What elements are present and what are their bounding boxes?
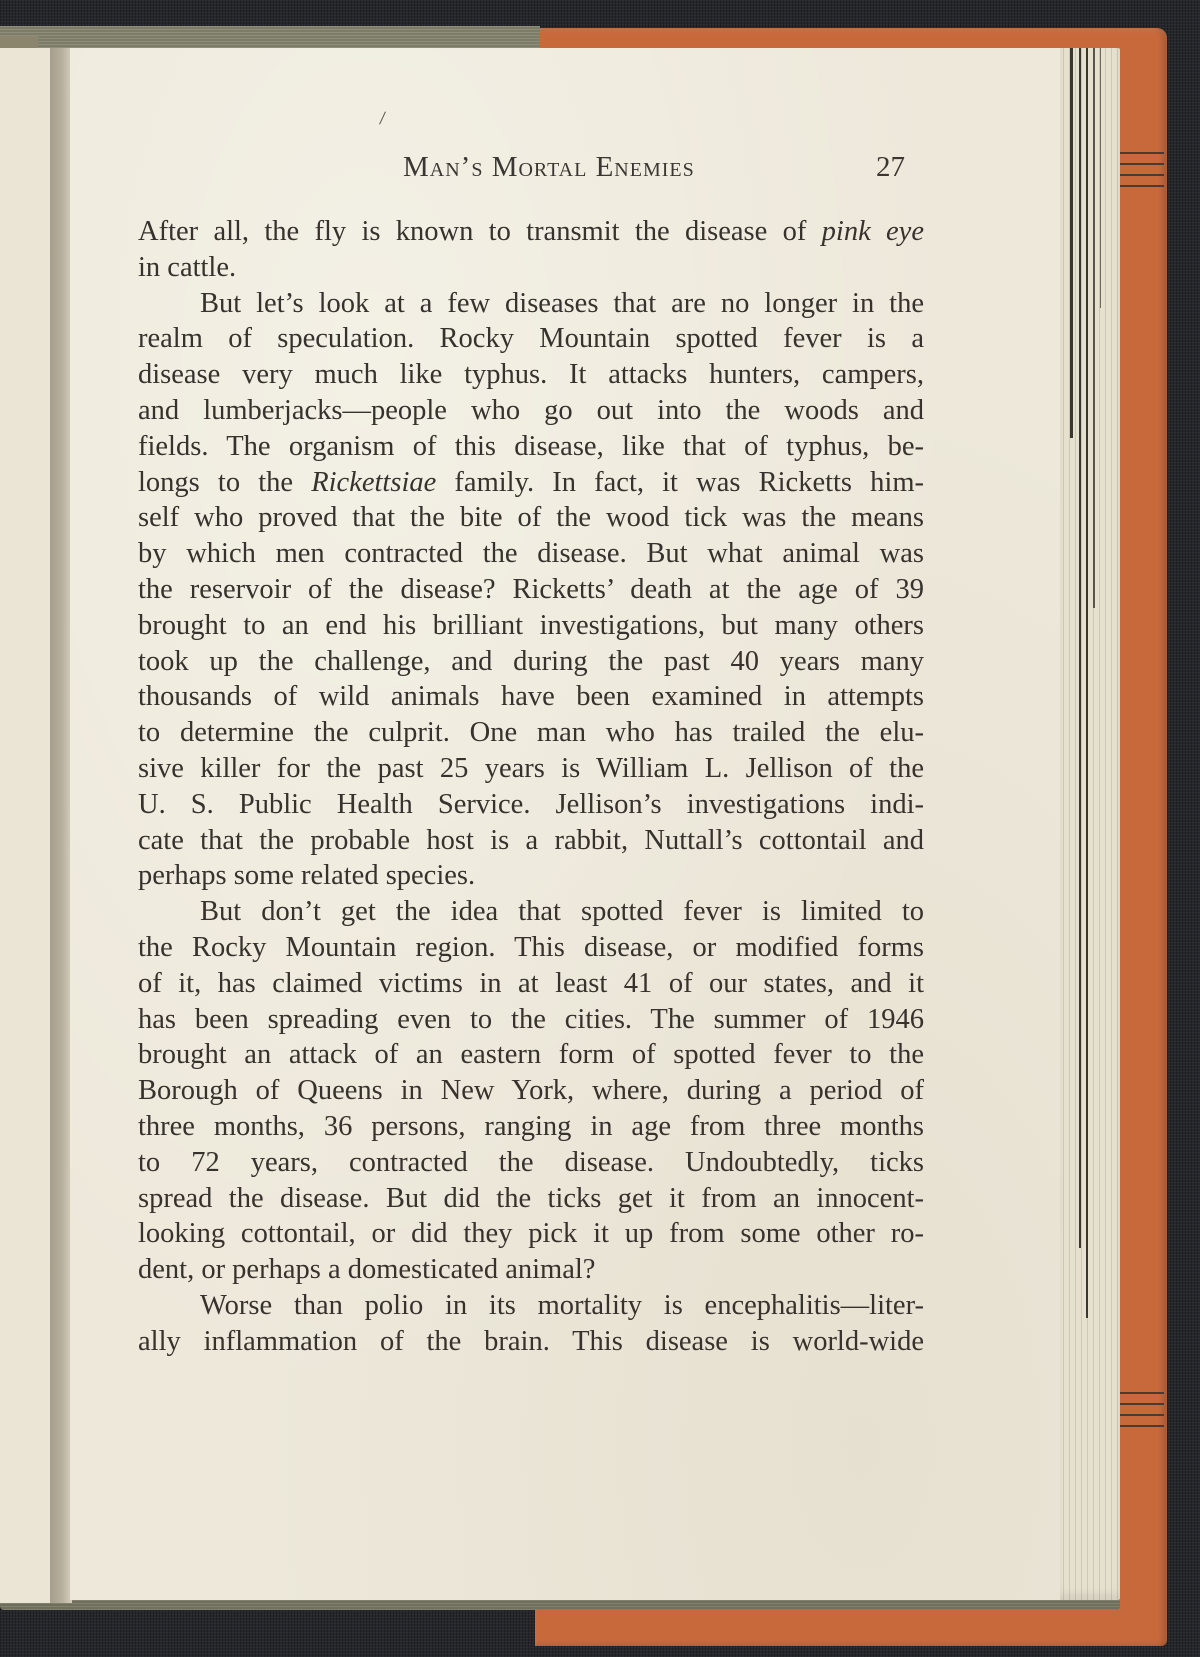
text-line: took up the challenge, and during the pa…	[138, 644, 924, 680]
running-head: Man’s Mortal Enemies	[403, 151, 695, 184]
text-line: disease very much like typhus. It attack…	[138, 357, 924, 393]
page-number: 27	[876, 151, 905, 184]
text-segment: thousands of wild animals have been exam…	[138, 681, 924, 712]
text-segment: to 72 years, contracted the disease. Und…	[138, 1147, 924, 1178]
text-segment: took up the challenge, and during the pa…	[138, 646, 924, 677]
text-line: dent, or perhaps a domesticated animal?	[138, 1252, 924, 1288]
text-line: brought an attack of an eastern form of …	[138, 1037, 924, 1073]
text-line: looking cottontail, or did they pick it …	[138, 1216, 924, 1252]
text-segment: to determine the culprit. One man who ha…	[138, 717, 924, 748]
text-line: fields. The organism of this disease, li…	[138, 429, 924, 465]
text-segment: cate that the probable host is a rabbit,…	[138, 825, 924, 856]
text-segment: sive killer for the past 25 years is Wil…	[138, 753, 924, 784]
text-line: perhaps some related species.	[138, 858, 924, 894]
text-segment: brought to an end his brilliant investig…	[138, 610, 924, 641]
text-segment: by which men contracted the disease. But…	[138, 538, 924, 569]
text-line: three months, 36 persons, ranging in age…	[138, 1109, 924, 1145]
text-segment: spread the disease. But did the ticks ge…	[138, 1183, 924, 1214]
text-line: ally inflammation of the brain. This dis…	[138, 1324, 924, 1360]
text-segment: Borough of Queens in New York, where, du…	[138, 1075, 924, 1106]
text-segment: longs to the	[138, 467, 311, 498]
page-edge-line	[1079, 48, 1081, 1248]
text-segment: But let’s look at a few diseases that ar…	[200, 288, 924, 319]
text-segment: of it, has claimed victims in at least 4…	[138, 968, 924, 999]
text-segment: family. In fact, it was Ricketts him-	[436, 467, 924, 498]
page-stack-fore-edge	[1058, 48, 1120, 1600]
text-line: longs to the Rickettsiae family. In fact…	[138, 465, 924, 501]
text-line: the Rocky Mountain region. This disease,…	[138, 930, 924, 966]
text-line: sive killer for the past 25 years is Wil…	[138, 751, 924, 787]
text-line: But let’s look at a few diseases that ar…	[138, 286, 924, 322]
text-segment: the reservoir of the disease? Ricketts’ …	[138, 574, 924, 605]
text-segment: has been spreading even to the cities. T…	[138, 1004, 924, 1035]
text-segment: dent, or perhaps a domesticated animal?	[138, 1254, 595, 1285]
page-edge-line	[1100, 48, 1101, 308]
page-edge-line	[1086, 48, 1088, 1318]
text-segment: disease very much like typhus. It attack…	[138, 359, 924, 390]
text-segment: After all, the fly is known to transmit …	[138, 216, 822, 247]
text-segment: three months, 36 persons, ranging in age…	[138, 1111, 924, 1142]
cover-decorative-rules-bottom	[1120, 1392, 1164, 1436]
italic-text: pink eye	[822, 216, 924, 247]
text-line: Borough of Queens in New York, where, du…	[138, 1073, 924, 1109]
page-gutter-shadow	[50, 48, 72, 1603]
text-segment: U. S. Public Health Service. Jellison’s …	[138, 789, 924, 820]
text-segment: self who proved that the bite of the woo…	[138, 502, 924, 533]
page-edge-line	[1093, 48, 1095, 608]
text-segment: and lumberjacks—people who go out into t…	[138, 395, 924, 426]
text-segment: But don’t get the idea that spotted feve…	[200, 896, 924, 927]
text-segment: perhaps some related species.	[138, 860, 475, 891]
text-line: But don’t get the idea that spotted feve…	[138, 894, 924, 930]
text-segment: the Rocky Mountain region. This disease,…	[138, 932, 924, 963]
text-line: cate that the probable host is a rabbit,…	[138, 823, 924, 859]
text-segment: Worse than polio in its mortality is enc…	[200, 1290, 924, 1321]
text-segment: brought an attack of an eastern form of …	[138, 1039, 924, 1070]
text-line: U. S. Public Health Service. Jellison’s …	[138, 787, 924, 823]
text-line: brought to an end his brilliant investig…	[138, 608, 924, 644]
page-edge-line	[1070, 48, 1073, 438]
text-line: thousands of wild animals have been exam…	[138, 679, 924, 715]
text-segment: realm of speculation. Rocky Mountain spo…	[138, 323, 924, 354]
text-line: of it, has claimed victims in at least 4…	[138, 966, 924, 1002]
body-text: After all, the fly is known to transmit …	[138, 214, 924, 1360]
text-line: the reservoir of the disease? Ricketts’ …	[138, 572, 924, 608]
stray-pencil-mark	[379, 111, 386, 124]
cover-decorative-rules-top	[1120, 152, 1164, 196]
text-line: After all, the fly is known to transmit …	[138, 214, 924, 250]
text-line: has been spreading even to the cities. T…	[138, 1002, 924, 1038]
text-line: Worse than polio in its mortality is enc…	[138, 1288, 924, 1324]
text-line: self who proved that the bite of the woo…	[138, 500, 924, 536]
text-line: in cattle.	[138, 250, 924, 286]
text-line: to 72 years, contracted the disease. Und…	[138, 1145, 924, 1181]
text-line: realm of speculation. Rocky Mountain spo…	[138, 321, 924, 357]
book-page: Man’s Mortal Enemies 27 After all, the f…	[70, 48, 1060, 1600]
italic-text: Rickettsiae	[311, 467, 436, 498]
text-line: by which men contracted the disease. But…	[138, 536, 924, 572]
facing-page-edge	[0, 48, 52, 1603]
book-spine-top	[0, 26, 540, 48]
text-segment: looking cottontail, or did they pick it …	[138, 1218, 924, 1249]
text-line: and lumberjacks—people who go out into t…	[138, 393, 924, 429]
text-segment: fields. The organism of this disease, li…	[138, 431, 924, 462]
text-segment: ally inflammation of the brain. This dis…	[138, 1326, 924, 1357]
text-segment: in cattle.	[138, 252, 236, 283]
text-line: spread the disease. But did the ticks ge…	[138, 1181, 924, 1217]
text-line: to determine the culprit. One man who ha…	[138, 715, 924, 751]
